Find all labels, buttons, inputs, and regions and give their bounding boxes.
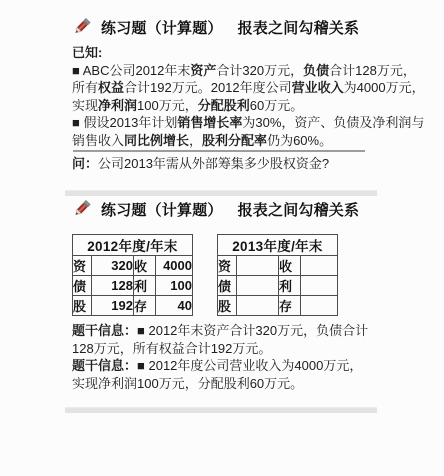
horizontal-divider — [73, 150, 365, 152]
known-label-line: 已知: — [72, 44, 378, 62]
section1-title-row: 练习题（计算题）报表之间勾稽关系 — [71, 16, 359, 38]
section2-notes: 题干信息：■ 2012年末资产合计320万元，负债合计 128万元，所有权益合计… — [72, 322, 378, 392]
table-row: 资 320 收 4000 — [73, 256, 193, 276]
note-line: 题干信息：■ 2012年度公司营业收入为4000万元， — [72, 357, 378, 375]
slides-page: 练习题（计算题）报表之间勾稽关系 已知: ■ ABC公司2012年末资产合计32… — [0, 0, 444, 476]
table-cell: 收 — [134, 256, 156, 276]
note-line: 实现净利润100万元，分配股利60万元。 — [72, 375, 378, 393]
table-cell: 股 — [218, 296, 237, 316]
table-row: 债 128 利 100 — [73, 276, 193, 296]
section2-title: 练习题（计算题）报表之间勾稽关系 — [101, 199, 359, 220]
table-cell: 收 — [279, 256, 301, 276]
table-cell: 存 — [279, 296, 301, 316]
table-cell — [301, 296, 338, 316]
table-cell — [237, 256, 279, 276]
table-2013-header: 2013年度/年末 — [218, 235, 338, 256]
table-cell: 利 — [134, 276, 156, 296]
table-cell: 股 — [73, 296, 92, 316]
table-cell: 资 — [218, 256, 237, 276]
table-cell: 100 — [156, 276, 193, 296]
table-cell: 利 — [279, 276, 301, 296]
slide-separator-band — [65, 190, 377, 196]
title-part2: 报表之间勾稽关系 — [238, 202, 360, 219]
table-cell: 债 — [73, 276, 92, 296]
table-cell: 128 — [92, 276, 134, 296]
title-part2: 报表之间勾稽关系 — [238, 20, 360, 37]
title-part1: 练习题（计算题） — [101, 20, 223, 37]
table-cell: 192 — [92, 296, 134, 316]
table-cell: 债 — [218, 276, 237, 296]
table-cell: 4000 — [156, 256, 193, 276]
table-2013: 2013年度/年末 资 收 债 利 股 存 — [217, 234, 338, 316]
table-row: 资 收 — [218, 256, 338, 276]
table-cell: 40 — [156, 296, 193, 316]
body-line: 实现净利润100万元，分配股利60万元。 — [72, 97, 378, 115]
body-line: 销售收入同比例增长，股利分配率仍为60%。 — [72, 132, 378, 150]
table-2012-header: 2012年度/年末 — [73, 235, 193, 256]
pencil-icon — [71, 16, 92, 38]
body-line: ■ ABC公司2012年末资产合计320万元，负债合计128万元， — [72, 62, 378, 80]
table-row: 股 存 — [218, 296, 338, 316]
table-row: 债 利 — [218, 276, 338, 296]
note-line: 128万元，所有权益合计192万元。 — [72, 340, 378, 358]
pencil-icon — [71, 198, 92, 220]
body-line: ■ 假设2013年计划销售增长率为30%，资产、负债及净利润与 — [72, 114, 378, 132]
table-2012: 2012年度/年末 资 320 收 4000 债 128 利 100 股 192… — [72, 234, 193, 316]
title-part1: 练习题（计算题） — [101, 202, 223, 219]
table-cell: 存 — [134, 296, 156, 316]
section1-body: 已知: ■ ABC公司2012年末资产合计320万元，负债合计128万元， 所有… — [72, 44, 378, 149]
section2-title-row: 练习题（计算题）报表之间勾稽关系 — [71, 198, 359, 220]
table-cell — [237, 276, 279, 296]
table-cell — [301, 276, 338, 296]
question-line: 问：公司2013年需从外部筹集多少股权资金? — [72, 155, 378, 173]
table-cell: 资 — [73, 256, 92, 276]
body-line: 所有权益合计192万元。2012年度公司营业收入为4000万元， — [72, 79, 378, 97]
section1-title: 练习题（计算题）报表之间勾稽关系 — [101, 17, 359, 38]
tables-row: 2012年度/年末 资 320 收 4000 债 128 利 100 股 192… — [72, 234, 338, 316]
note-line: 题干信息：■ 2012年末资产合计320万元，负债合计 — [72, 322, 378, 340]
table-row: 股 192 存 40 — [73, 296, 193, 316]
table-cell: 320 — [92, 256, 134, 276]
slide-separator-band — [65, 407, 377, 413]
table-cell — [301, 256, 338, 276]
table-cell — [237, 296, 279, 316]
